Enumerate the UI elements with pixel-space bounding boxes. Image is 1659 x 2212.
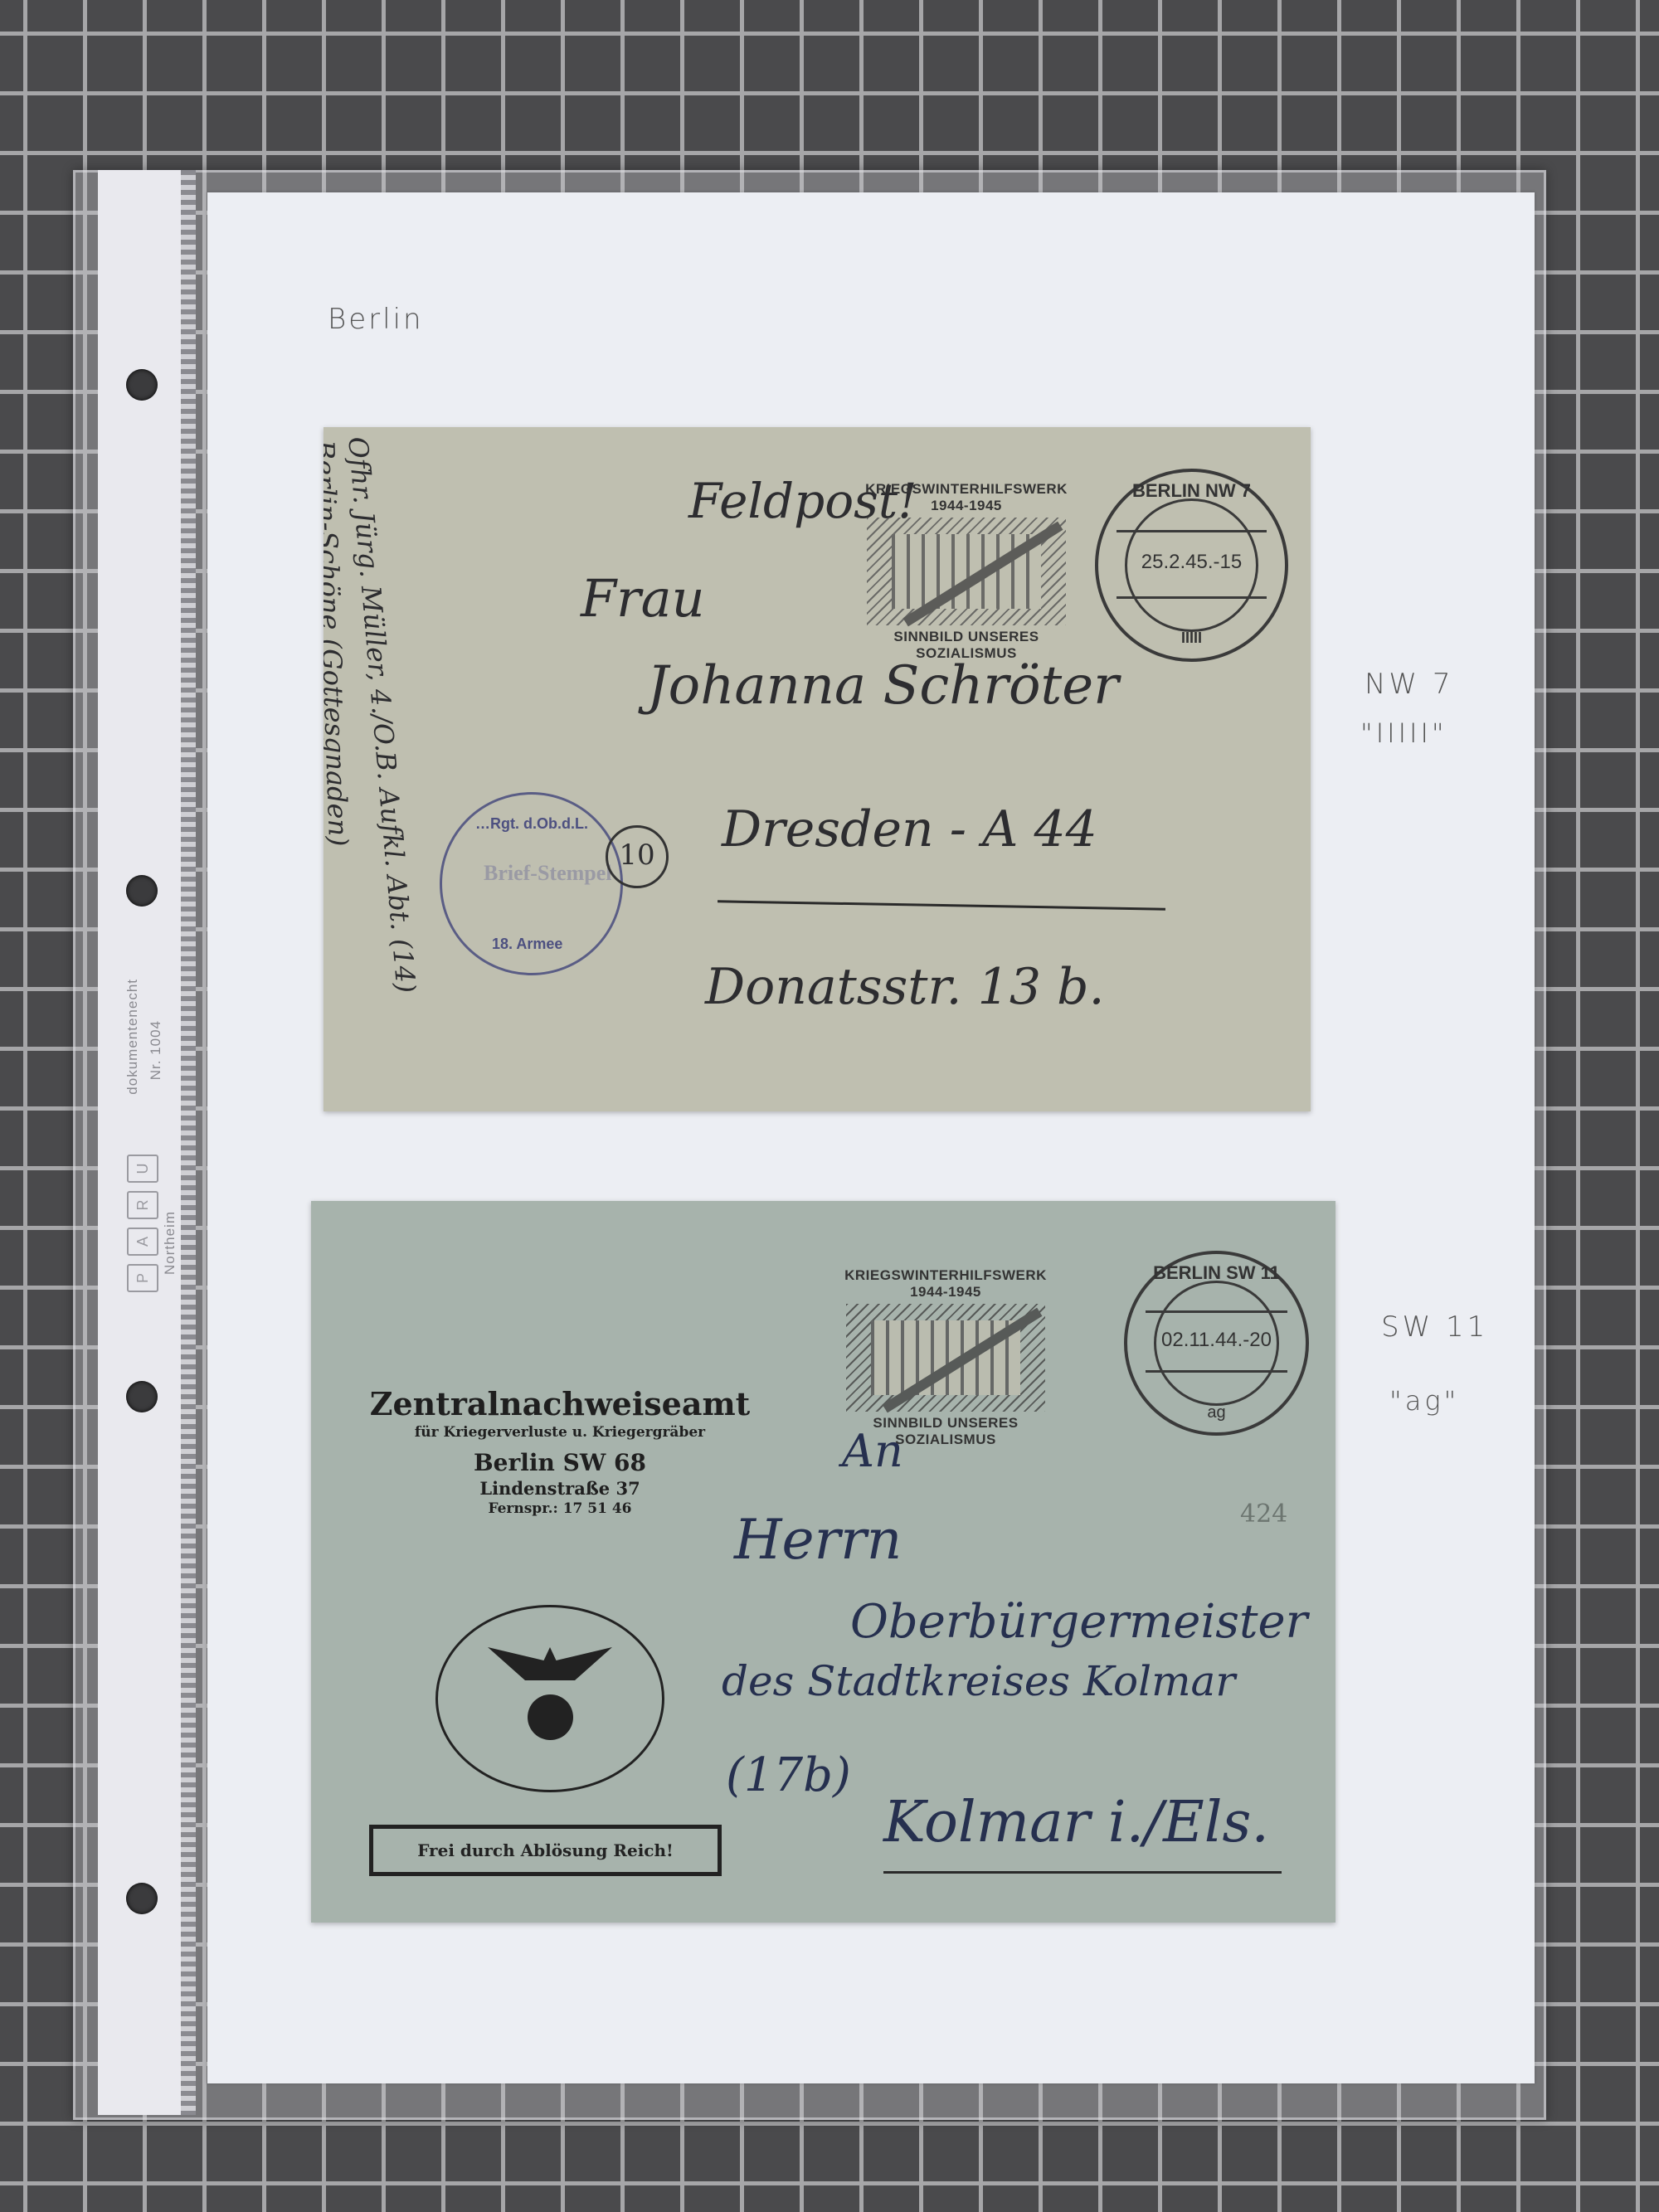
postmark-date: 25.2.45.-15 [1098, 551, 1285, 574]
slogan-cancel: KRIEGSWINTERHILFSWERK 1944-1945 SINNBILD… [854, 481, 1078, 662]
postmark: BERLIN SW 11 02.11.44.-20 ag [1124, 1251, 1309, 1436]
censor-text: …Rgt. d.Ob.d.L. [475, 815, 588, 833]
address-line: Kolmar i./Els. [883, 1790, 1269, 1855]
sender-street: Lindenstraße 37 [365, 1478, 755, 1499]
brand-letter: R [127, 1191, 158, 1219]
slogan-top-text: KRIEGSWINTERHILFSWERK 1944-1945 [854, 481, 1078, 514]
address-line: Johanna Schröter [647, 655, 1119, 717]
brand-letter: U [127, 1155, 158, 1183]
eagle-emblem-icon [488, 1647, 612, 1680]
sleeve-brand-place: Northeim [162, 1211, 178, 1275]
eagle-sword-icon [846, 1304, 1045, 1412]
address-line: des Stadtkreises Kolmar [722, 1657, 1235, 1705]
punch-hole [126, 875, 158, 907]
note-postmark-district: SW 11 [1381, 1310, 1488, 1344]
address-line: An [842, 1425, 903, 1477]
sender-line: Ofhr. Jürg. Müller, 4./O.B. Aufkl. Abt. … [342, 435, 422, 994]
address-underline [883, 1871, 1282, 1874]
censor-text: Brief-Stempel [484, 861, 612, 886]
slogan-top-text: KRIEGSWINTERHILFSWERK 1944-1945 [834, 1267, 1058, 1300]
postmark-city: BERLIN NW 7 [1098, 480, 1285, 502]
punch-hole [126, 1381, 158, 1412]
sender-phone: Fernspr.: 17 51 46 [365, 1500, 755, 1517]
address-line: Frau [581, 568, 705, 629]
address-line: Oberbürgermeister [850, 1595, 1307, 1649]
postmark-city: BERLIN SW 11 [1127, 1262, 1306, 1284]
censor-stamp: …Rgt. d.Ob.d.L. Brief-Stempel 18. Armee [440, 792, 623, 975]
sleeve-text-number: Nr. 1004 [148, 1020, 164, 1080]
sender-name: Zentralnachweiseamt [365, 1385, 755, 1422]
sleeve-brand-logo: P A R U [129, 1153, 157, 1294]
frank-box: Frei durch Ablösung Reich! [369, 1825, 722, 1876]
pencil-note: 424 [1240, 1500, 1287, 1529]
censor-text: 18. Armee [492, 936, 562, 953]
punch-hole [126, 1883, 158, 1914]
punch-hole [126, 369, 158, 401]
wreath-emblem-icon [528, 1694, 573, 1740]
eagle-sword-icon [867, 518, 1066, 625]
sleeve-text-doc: dokumentenecht [124, 979, 141, 1095]
postmark-code: ag [1127, 1403, 1306, 1422]
sleeve-seam [181, 170, 196, 2115]
note-postmark-code: "IIIII" [1360, 717, 1447, 749]
postmark-date: 02.11.44.-20 [1127, 1329, 1306, 1352]
sender-imprint: Zentralnachweiseamt für Kriegerverluste … [365, 1385, 755, 1517]
brand-letter: A [127, 1228, 158, 1256]
sender-city: Berlin SW 68 [365, 1449, 755, 1476]
address-line: (17b) [726, 1748, 851, 1802]
postmark-code: IIIII [1098, 630, 1285, 647]
postmark: BERLIN NW 7 25.2.45.-15 IIIII [1095, 469, 1288, 662]
censor-number: 10 [606, 825, 669, 888]
address-line: Dresden - A 44 [722, 800, 1097, 858]
slogan-cancel: KRIEGSWINTERHILFSWERK 1944-1945 SINNBILD… [834, 1267, 1058, 1448]
address-underline [718, 900, 1165, 910]
note-postmark-code: "ag" [1389, 1385, 1459, 1417]
address-line: Herrn [734, 1508, 902, 1572]
sender-subtitle: für Kriegerverluste u. Kriegergräber [365, 1424, 755, 1441]
cover-feldpost-card: Feldpost! KRIEGSWINTERHILFSWERK 1944-194… [324, 427, 1311, 1111]
cover-official-envelope: KRIEGSWINTERHILFSWERK 1944-1945 SINNBILD… [311, 1201, 1335, 1923]
page-heading: Berlin [328, 303, 424, 336]
brand-letter: P [127, 1264, 158, 1292]
official-seal [435, 1605, 664, 1792]
address-line: Donatsstr. 13 b. [705, 958, 1105, 1016]
note-postmark-district: NW 7 [1365, 668, 1454, 701]
